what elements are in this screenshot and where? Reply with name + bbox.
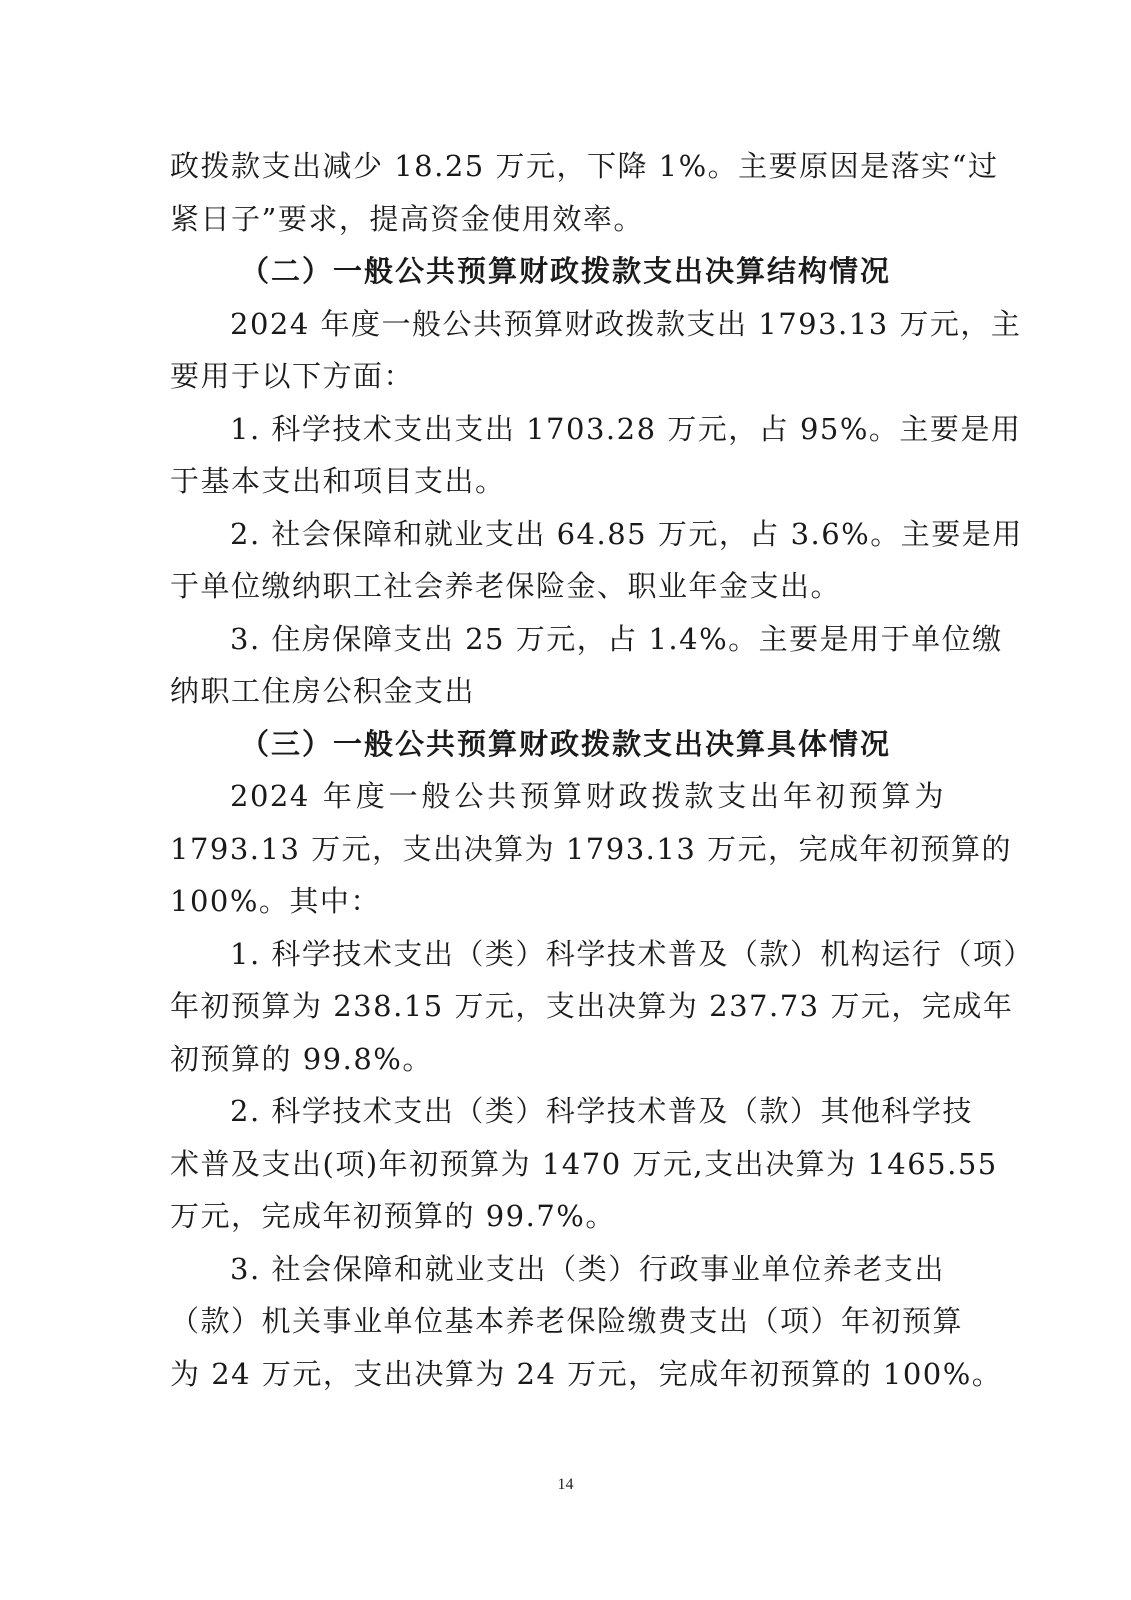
list-item-line: 1. 科学技术支出支出 1703.28 万元，占 95%。主要是用 — [170, 403, 945, 456]
list-item-line: 初预算的 99.8%。 — [170, 1033, 945, 1086]
page-number: 14 — [0, 1476, 1131, 1494]
section-heading: （三）一般公共预算财政拨款支出决算具体情况 — [170, 718, 945, 771]
list-item-line: 2. 科学技术支出（类）科学技术普及（款）其他科学技 — [170, 1085, 945, 1138]
list-item-line: 年初预算为 238.15 万元，支出决算为 237.73 万元，完成年 — [170, 980, 945, 1033]
paragraph-line: 紧日子”要求，提高资金使用效率。 — [170, 193, 945, 246]
list-item-line: 2. 社会保障和就业支出 64.85 万元，占 3.6%。主要是用 — [170, 508, 945, 561]
paragraph-line: 2024 年度一般公共预算财政拨款支出 1793.13 万元，主 — [170, 298, 945, 351]
list-item-line: 纳职工住房公积金支出 — [170, 665, 945, 718]
list-item-line: 1. 科学技术支出（类）科学技术普及（款）机构运行（项） — [170, 928, 945, 981]
list-item-line: （款）机关事业单位基本养老保险缴费支出（项）年初预算 — [170, 1295, 945, 1348]
list-item-line: 术普及支出(项)年初预算为 1470 万元,支出决算为 1465.55 — [170, 1138, 945, 1191]
list-item-line: 3. 社会保障和就业支出（类）行政事业单位养老支出 — [170, 1243, 945, 1296]
list-item-line: 为 24 万元，支出决算为 24 万元，完成年初预算的 100%。 — [170, 1348, 945, 1401]
paragraph-line: 2024 年度一般公共预算财政拨款支出年初预算为 — [170, 770, 945, 823]
paragraph-line: 1793.13 万元，支出决算为 1793.13 万元，完成年初预算的 — [170, 823, 945, 876]
list-item-line: 万元，完成年初预算的 99.7%。 — [170, 1190, 945, 1243]
document-page: 政拨款支出减少 18.25 万元，下降 1%。主要原因是落实“过 紧日子”要求，… — [170, 140, 945, 1400]
section-heading: （二）一般公共预算财政拨款支出决算结构情况 — [170, 245, 945, 298]
paragraph-line: 要用于以下方面： — [170, 350, 945, 403]
list-item-line: 于基本支出和项目支出。 — [170, 455, 945, 508]
list-item-line: 于单位缴纳职工社会养老保险金、职业年金支出。 — [170, 560, 945, 613]
paragraph-line: 100%。其中： — [170, 875, 945, 928]
list-item-line: 3. 住房保障支出 25 万元，占 1.4%。主要是用于单位缴 — [170, 613, 945, 666]
paragraph-line: 政拨款支出减少 18.25 万元，下降 1%。主要原因是落实“过 — [170, 140, 945, 193]
